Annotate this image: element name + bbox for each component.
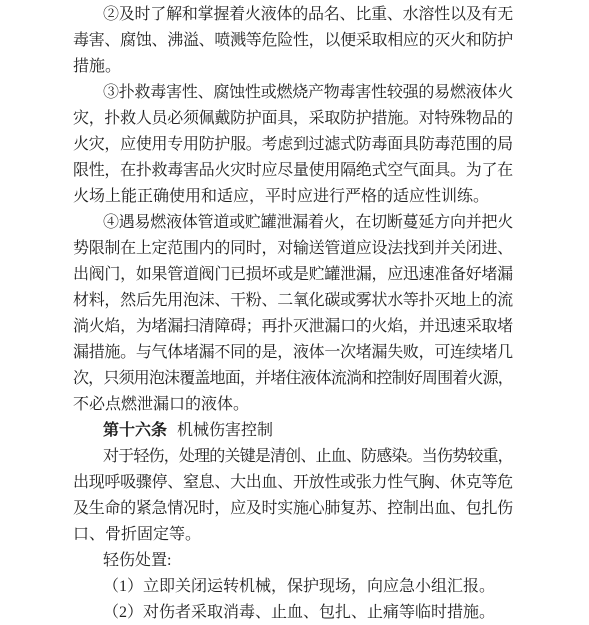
line-text: 措施。 xyxy=(73,58,121,75)
heading-title: 机械伤害控制 xyxy=(177,422,273,439)
heading-number: 第十六条 xyxy=(103,422,167,439)
line-text: 限性，在扑救毒害品火灾时应尽量使用隔绝式空气面具。为了在 xyxy=(73,162,513,179)
text-line: 轻伤处置: xyxy=(73,548,513,574)
line-text: 淌火焰，为堵漏扫清障碍；再扑灭泄漏口的火焰，并迅速采取堵 xyxy=(73,318,513,335)
text-line: 漏措施。与气体堵漏不同的是，液体一次堵漏失败，可连续堵几 xyxy=(73,340,513,366)
line-text: 及生命的紧急情况时，应及时实施心肺复苏、控制出血、包扎伤 xyxy=(73,500,513,517)
section-heading: 第十六条机械伤害控制 xyxy=(73,418,513,444)
line-text: 出现呼吸骤停、窒息、大出血、开放性或张力性气胸、休克等危 xyxy=(73,474,513,491)
text-line: 毒害、腐蚀、沸溢、喷溅等危险性，以便采取相应的灭火和防护 xyxy=(73,28,513,54)
page: ②及时了解和掌握着火液体的品名、比重、水溶性以及有无毒害、腐蚀、沸溢、喷溅等危险… xyxy=(0,0,589,625)
text-line: 出现呼吸骤停、窒息、大出血、开放性或张力性气胸、休克等危 xyxy=(73,470,513,496)
text-line: ③扑救毒害性、腐蚀性或燃烧产物毒害性较强的易燃液体火 xyxy=(73,80,513,106)
line-text: 轻伤处置: xyxy=(103,552,171,569)
text-line: 次，只须用泡沫覆盖地面，并堵住液体流淌和控制好周围着火源， xyxy=(73,366,513,392)
line-text: 势限制在上定范围内的同时，对输送管道应设法找到并关闭进、 xyxy=(73,240,513,257)
document-body: ②及时了解和掌握着火液体的品名、比重、水溶性以及有无毒害、腐蚀、沸溢、喷溅等危险… xyxy=(73,2,513,625)
line-text: 材料，然后先用泡沫、干粉、二氧化碳或雾状水等扑灭地上的流 xyxy=(73,292,513,309)
line-text: 出阀门，如果管道阀门已损坏或是贮罐泄漏，应迅速准备好堵漏 xyxy=(73,266,513,283)
text-line: 火场上能正确使用和适应，平时应进行严格的适应性训练。 xyxy=(73,184,513,210)
line-text: （1）立即关闭运转机械，保护现场，向应急小组汇报。 xyxy=(103,578,495,595)
line-text: （2）对伤者采取消毒、止血、包扎、止痛等临时措施。 xyxy=(103,604,495,621)
line-text: 漏措施。与气体堵漏不同的是，液体一次堵漏失败，可连续堵几 xyxy=(73,344,513,361)
line-text: 次，只须用泡沫覆盖地面，并堵住液体流淌和控制好周围着火源， xyxy=(73,370,513,387)
text-line: 势限制在上定范围内的同时，对输送管道应设法找到并关闭进、 xyxy=(73,236,513,262)
text-line: 及生命的紧急情况时，应及时实施心肺复苏、控制出血、包扎伤 xyxy=(73,496,513,522)
text-line: ②及时了解和掌握着火液体的品名、比重、水溶性以及有无 xyxy=(73,2,513,28)
text-line: 淌火焰，为堵漏扫清障碍；再扑灭泄漏口的火焰，并迅速采取堵 xyxy=(73,314,513,340)
line-text: 灾，扑救人员必须佩戴防护面具，采取防护措施。对特殊物品的 xyxy=(73,110,513,127)
line-text: 不必点燃泄漏口的液体。 xyxy=(73,396,249,413)
text-line: 口、骨折固定等。 xyxy=(73,522,513,548)
line-text: 火场上能正确使用和适应，平时应进行严格的适应性训练。 xyxy=(73,188,489,205)
text-line: （2）对伤者采取消毒、止血、包扎、止痛等临时措施。 xyxy=(73,600,513,625)
line-text: 口、骨折固定等。 xyxy=(73,526,201,543)
text-line: 灾，扑救人员必须佩戴防护面具，采取防护措施。对特殊物品的 xyxy=(73,106,513,132)
text-line: 对于轻伤，处理的关键是清创、止血、防感染。当伤势较重， xyxy=(73,444,513,470)
text-line: 措施。 xyxy=(73,54,513,80)
text-line: 火灾，应使用专用防护服。考虑到过滤式防毒面具防毒范围的局 xyxy=(73,132,513,158)
text-line: （1）立即关闭运转机械，保护现场，向应急小组汇报。 xyxy=(73,574,513,600)
line-text: 毒害、腐蚀、沸溢、喷溅等危险性，以便采取相应的灭火和防护 xyxy=(73,32,513,49)
line-text: ③扑救毒害性、腐蚀性或燃烧产物毒害性较强的易燃液体火 xyxy=(103,84,513,101)
line-text: ④遇易燃液体管道或贮罐泄漏着火，在切断蔓延方向并把火 xyxy=(103,214,513,231)
text-line: 材料，然后先用泡沫、干粉、二氧化碳或雾状水等扑灭地上的流 xyxy=(73,288,513,314)
line-text: 火灾，应使用专用防护服。考虑到过滤式防毒面具防毒范围的局 xyxy=(73,136,513,153)
text-line: ④遇易燃液体管道或贮罐泄漏着火，在切断蔓延方向并把火 xyxy=(73,210,513,236)
text-line: 不必点燃泄漏口的液体。 xyxy=(73,392,513,418)
text-line: 限性，在扑救毒害品火灾时应尽量使用隔绝式空气面具。为了在 xyxy=(73,158,513,184)
text-line: 出阀门，如果管道阀门已损坏或是贮罐泄漏，应迅速准备好堵漏 xyxy=(73,262,513,288)
line-text: 对于轻伤，处理的关键是清创、止血、防感染。当伤势较重， xyxy=(103,448,513,465)
line-text: ②及时了解和掌握着火液体的品名、比重、水溶性以及有无 xyxy=(103,6,513,23)
